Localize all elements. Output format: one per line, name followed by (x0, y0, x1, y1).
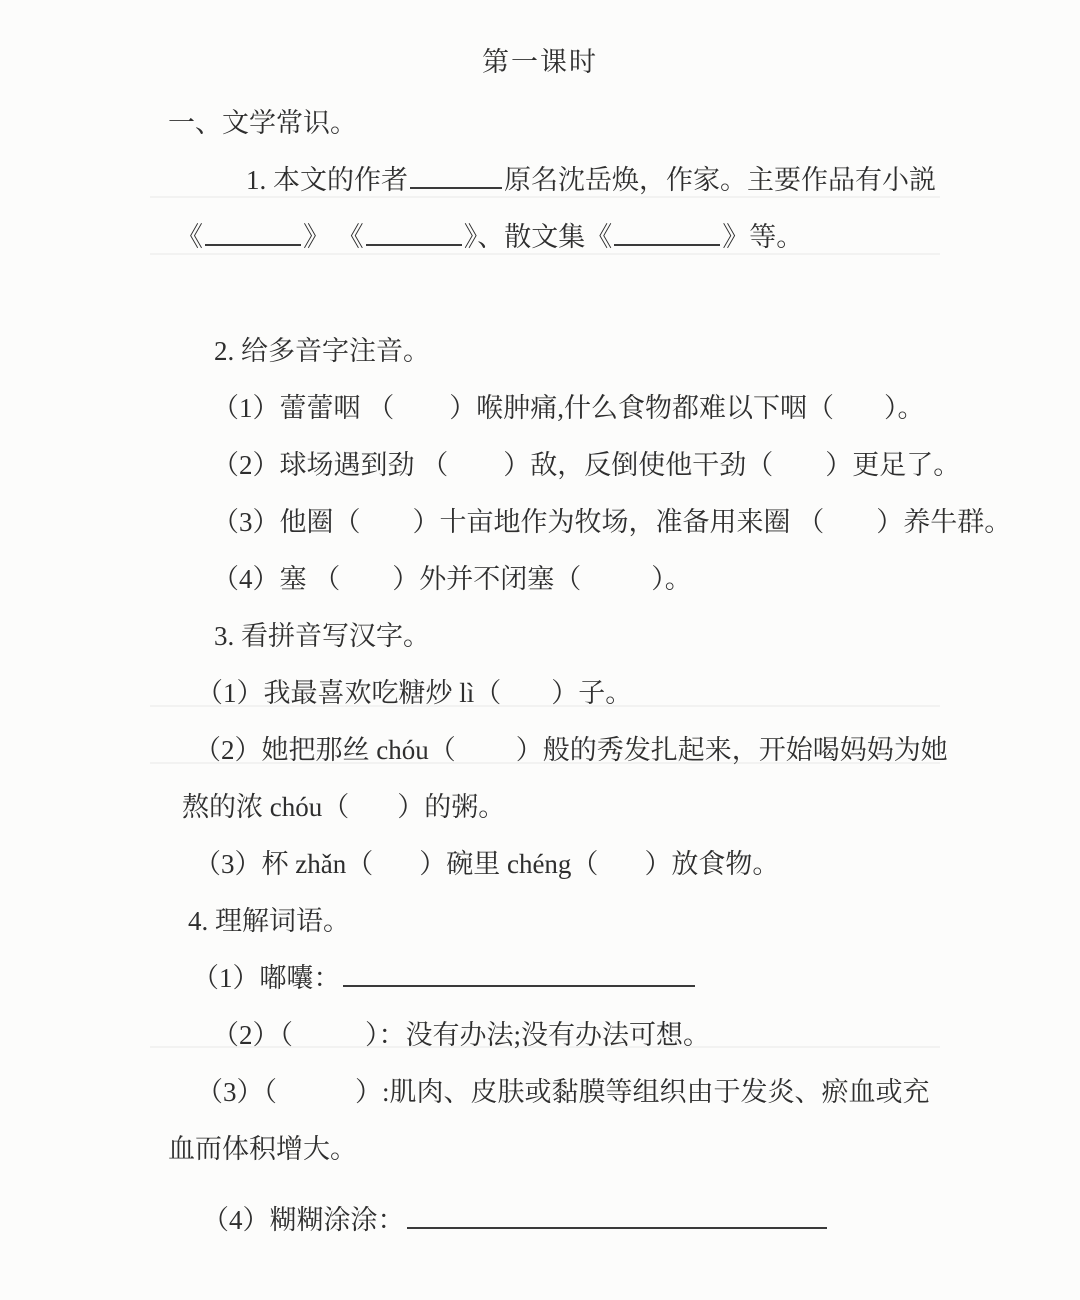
text-segment: 熬的浓 chóu（ (182, 792, 349, 822)
text-segment: （3）他圈（ (212, 507, 361, 537)
paren-gap (340, 582, 392, 588)
section-3-heading: 3. 看拼音写汉字。 (168, 608, 1080, 665)
worksheet-page: 第一课时 一、文学常识。 1. 本文的作者原名沈岳焕，作家。主要作品有小説 《》… (0, 0, 1080, 1300)
q4-item-4: （4）糊糊涂涂： (168, 1192, 1080, 1249)
text-segment: ）的粥。 (397, 792, 505, 822)
text-segment: ）外并不闭塞（ (392, 564, 581, 594)
text-segment: ）十亩地作为牧场，准备用来圈 （ (413, 507, 825, 537)
q4-item-1: （1）嘟囔： (168, 950, 1080, 1007)
text-segment: ）般的秀发扎起来，开始喝妈妈为她 (516, 735, 948, 765)
q1-line-2: 《》 《》、散文集《》等。 (168, 209, 1080, 266)
text-segment: （1）我最喜欢吃糖炒 lì（ (196, 678, 501, 708)
paren-gap (361, 525, 413, 531)
text-segment: ）。 (651, 564, 692, 594)
text-segment: （2）球场遇到劲 （ (212, 450, 448, 480)
paren-gap (293, 1038, 365, 1044)
q2-item-3: （3）他圈（）十亩地作为牧场，准备用来圈 （）养牛群。 (168, 494, 1080, 551)
q3-item-3: （3）杯 zhǎn（）碗里 chéng（）放食物。 (168, 836, 1080, 893)
text-segment: ）放食物。 (644, 849, 779, 879)
text-segment: 》 《 (303, 222, 364, 252)
text-segment: （3）杯 zhǎn（ (194, 849, 373, 879)
q3-item-2-line-2: 熬的浓 chóu（）的粥。 (168, 779, 1080, 836)
text-segment: （1）蕾蕾咽 （ (212, 393, 394, 423)
fill-in-blank (407, 1197, 827, 1229)
paren-gap (349, 810, 397, 816)
q1-line-1: 1. 本文的作者原名沈岳焕，作家。主要作品有小説 (168, 152, 1080, 209)
q3-item-1: （1）我最喜欢吃糖炒 lì（）子。 (168, 665, 1080, 722)
paren-gap (581, 582, 651, 588)
paren-gap (598, 867, 644, 873)
paren-gap (277, 1095, 355, 1101)
text-segment: （3）（ (196, 1077, 277, 1107)
fill-in-blank (614, 214, 720, 246)
page-title: 第一课时 (0, 34, 1080, 91)
text-segment: ）子。 (551, 678, 632, 708)
fill-in-blank (205, 214, 301, 246)
section-1-heading: 一、文学常识。 (168, 95, 1080, 152)
fill-in-blank (410, 157, 502, 189)
paren-gap (773, 468, 825, 474)
fill-in-blank (343, 955, 695, 987)
text-segment: （2）她把那丝 chóu（ (194, 735, 456, 765)
q3-item-2-line-1: （2）她把那丝 chóu（）般的秀发扎起来，开始喝妈妈为她 (168, 722, 1080, 779)
q4-item-2: （2）（）：没有办法;没有办法可想。 (168, 1007, 1080, 1064)
text-segment: ）。 (884, 393, 925, 423)
text-segment: 原名沈岳焕，作家。主要作品有小説 (504, 165, 936, 195)
text-segment: ）敌，反倒使他干劲（ (503, 450, 773, 480)
text-segment: （4）糊糊涂涂： (202, 1205, 405, 1235)
paren-gap (373, 867, 419, 873)
text-segment: （1）嘟囔： (192, 963, 341, 993)
text-segment: ）碗里 chéng（ (419, 849, 598, 879)
paren-gap (394, 411, 449, 417)
section-2-heading: 2. 给多音字注音。 (168, 323, 1080, 380)
q4-item-3-line-1: （3）（）:肌肉、皮肤或黏膜等组织由于发炎、瘀血或充 (168, 1064, 1080, 1121)
paren-gap (501, 696, 551, 702)
text-segment: （4）塞 （ (212, 564, 340, 594)
text-segment: ）更足了。 (825, 450, 960, 480)
q2-item-1: （1）蕾蕾咽 （）喉肿痛,什么食物都难以下咽（）。 (168, 380, 1080, 437)
text-segment: 《 (176, 222, 203, 252)
fill-in-blank (366, 214, 462, 246)
text-segment: （2）（ (212, 1020, 293, 1050)
q4-item-3-line-2: 血而体积增大。 (168, 1121, 1080, 1178)
paren-gap (834, 411, 884, 417)
text-segment: 》等。 (722, 222, 803, 252)
text-segment: 1. 本文的作者 (246, 165, 408, 195)
paren-gap (824, 525, 876, 531)
section-4-heading: 4. 理解词语。 (168, 893, 1080, 950)
text-segment: ）:肌肉、皮肤或黏膜等组织由于发炎、瘀血或充 (355, 1077, 930, 1107)
text-segment: ）喉肿痛,什么食物都难以下咽（ (449, 393, 834, 423)
text-segment: ）：没有办法;没有办法可想。 (365, 1020, 710, 1050)
q2-item-2: （2）球场遇到劲 （）敌，反倒使他干劲（）更足了。 (168, 437, 1080, 494)
paren-gap (448, 468, 503, 474)
text-segment: 》、散文集《 (464, 222, 613, 252)
text-segment: ）养牛群。 (876, 507, 1011, 537)
paren-gap (456, 753, 516, 759)
q2-item-4: （4）塞 （）外并不闭塞（）。 (168, 551, 1080, 608)
